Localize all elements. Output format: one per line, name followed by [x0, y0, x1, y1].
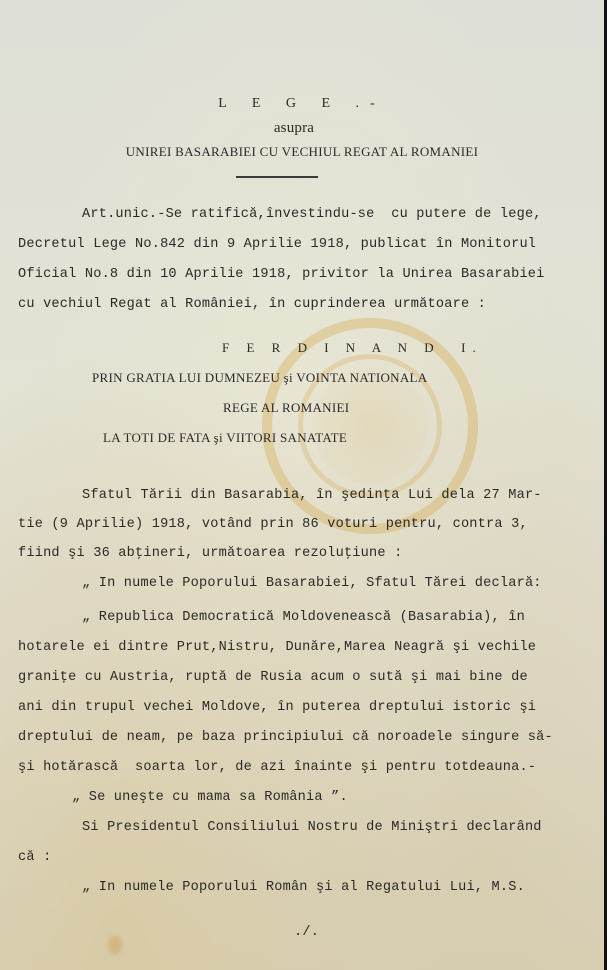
document-title: L E G E .- [0, 96, 604, 112]
body-line: fiind şi 36 abţineri, următoarea rezoluţ… [18, 546, 402, 561]
paper-stain [108, 935, 122, 955]
body-line: „ In numele Poporului Român şi al Regatu… [82, 880, 525, 895]
body-line: „ Se uneşte cu mama sa România ”. [72, 790, 348, 805]
body-line: că : [18, 850, 51, 865]
document-page: L E G E .- asupra UNIREI BASARABIEI CU V… [0, 0, 604, 970]
body-line: dreptului de neam, pe baza principiului … [18, 730, 553, 745]
royal-title-line: PRIN GRATIA LUI DUMNEZEU şi VOINTA NATIO… [92, 370, 427, 386]
page-continuation-marker: ./. [294, 925, 319, 940]
royal-title-line: REGE AL ROMANIEI [223, 400, 349, 416]
royal-title-line: LA TOTI DE FATA şi VIITORI SANATATE [103, 430, 347, 446]
body-line: Si Presidentul Consiliului Nostru de Min… [82, 820, 542, 835]
body-line: „ Republica Democratică Moldovenească (B… [82, 610, 525, 625]
heading-divider [236, 176, 318, 178]
article-line: Decretul Lege No.842 din 9 Aprilie 1918,… [18, 237, 536, 252]
body-line: hotarele ei dintre Prut,Nistru, Dunăre,M… [18, 640, 536, 655]
body-line: Sfatul Tării din Basarabia, în şedinţa L… [82, 488, 542, 503]
article-line: cu vechiul Regat al României, în cuprind… [18, 297, 486, 312]
article-line: Art.unic.-Se ratifică,învestindu-se cu p… [82, 207, 542, 222]
article-line: Oficial No.8 din 10 Aprilie 1918, privit… [18, 267, 545, 282]
body-line: tie (9 Aprilie) 1918, votând prin 86 vot… [18, 517, 528, 532]
royal-name: F E R D I N A N D I. [222, 340, 483, 356]
document-subtitle: asupra [0, 120, 596, 137]
body-line: granițe cu Austria, ruptă de Rusia acum … [18, 670, 528, 685]
body-line: ani din trupul vechei Moldove, în putere… [18, 700, 536, 715]
body-line: „ In numele Poporului Basarabiei, Sfatul… [82, 576, 542, 591]
body-line: şi hotărască soarta lor, de azi înainte … [18, 760, 536, 775]
document-heading: UNIREI BASARABIEI CU VECHIUL REGAT AL RO… [0, 144, 604, 160]
